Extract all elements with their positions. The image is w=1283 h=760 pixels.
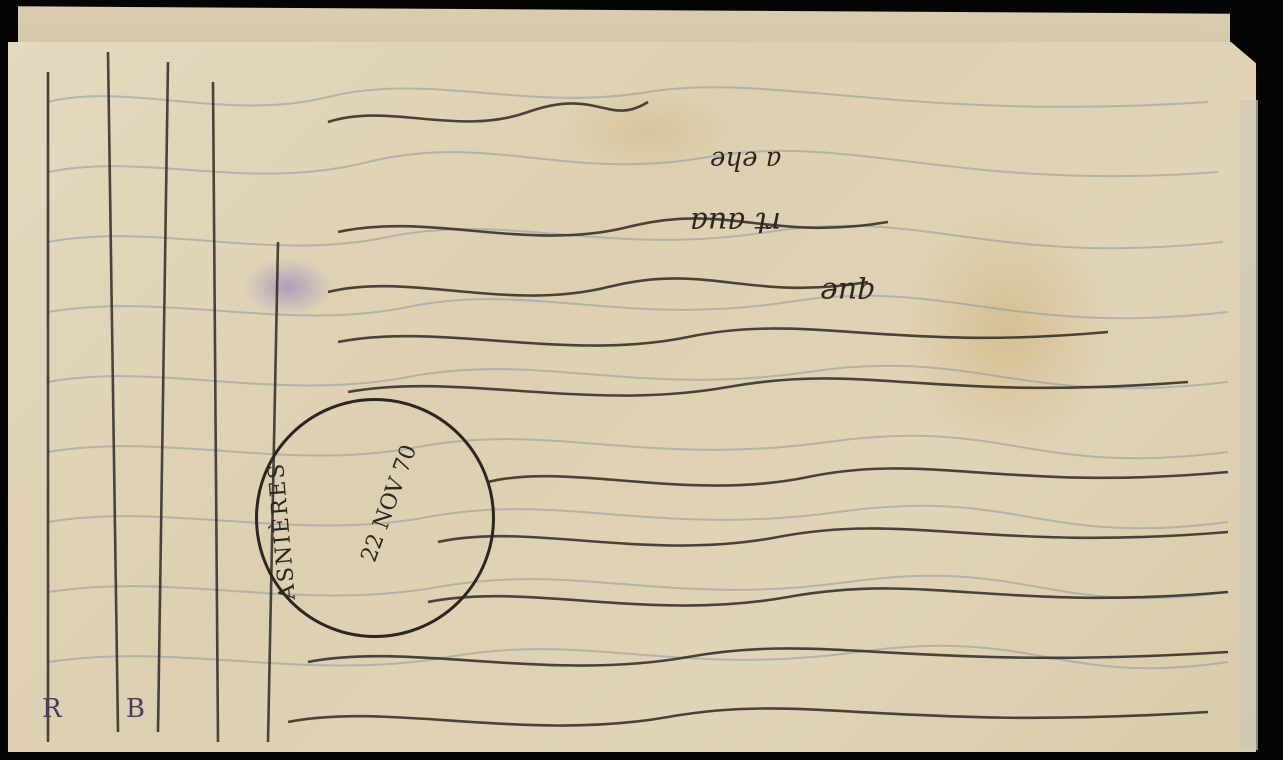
pencil-initials: R B [42,694,173,724]
circular-postmark: ASNIÈRES 22 NOV 70 [255,398,495,638]
note-line-3: que [820,275,876,310]
postmark-date: 22 NOV 70 [357,442,422,566]
letter-sheet [8,42,1256,752]
postmark-town: ASNIÈRES [264,461,301,601]
note-line-1: a ehe [710,145,781,175]
inverted-pencil-note: a ehe rt aua que [690,145,870,315]
note-line-2: rt aua [690,205,781,240]
photo-background: a ehe rt aua que ASNIÈRES 22 NOV 70 R B [0,0,1283,760]
right-fold-edge [1240,100,1258,750]
